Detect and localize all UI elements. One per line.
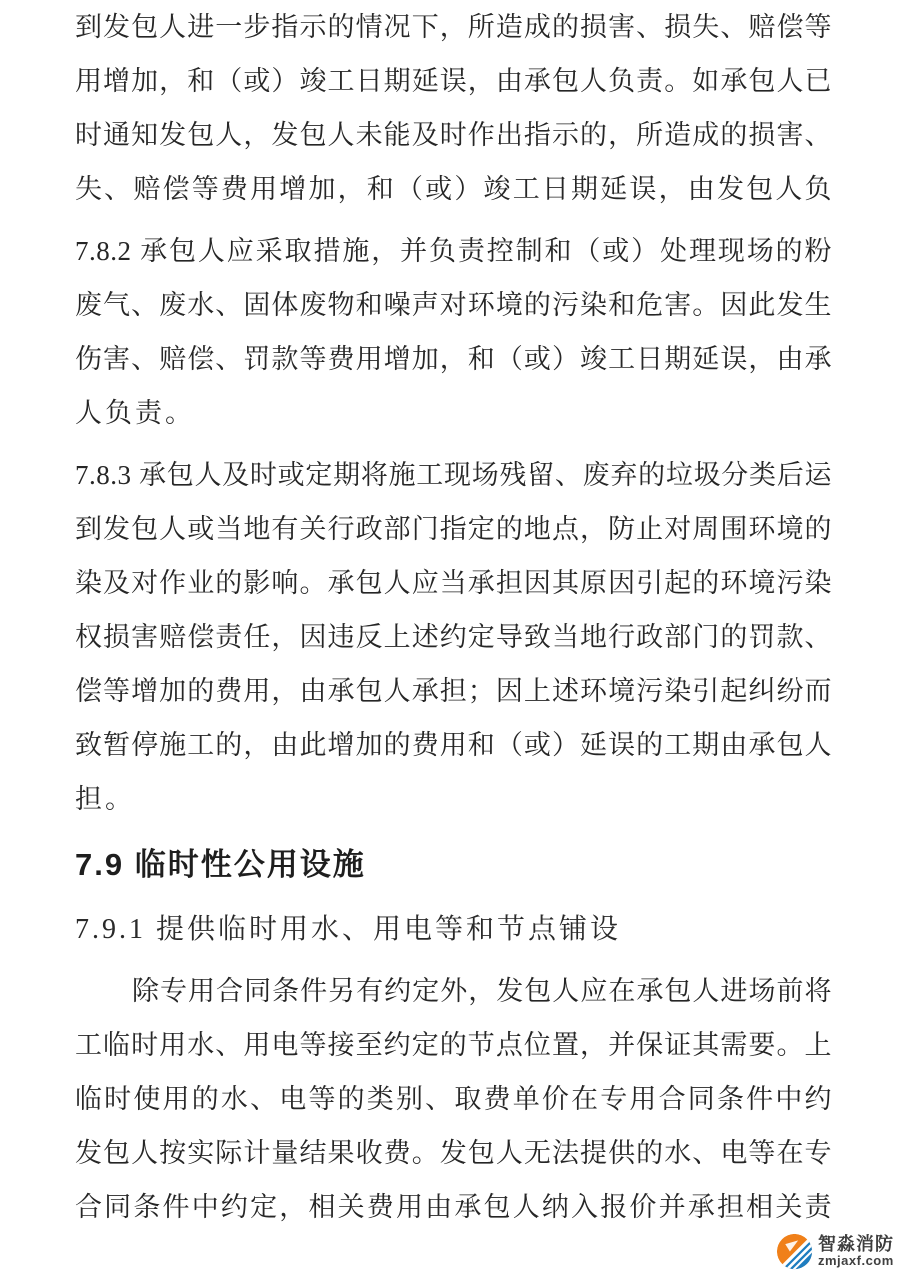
text-line: 除专用合同条件另有约定外，发包人应在承包人进场前将施 [75,964,832,1018]
text-line: 合同条件中约定，相关费用由承包人纳入报价并承担相关责任。 [75,1180,832,1234]
text-line: 致暂停施工的，由此增加的费用和（或）延误的工期由承包人承 [75,718,832,772]
text-line: 人负责。 [75,386,832,440]
flame-swoosh-logo-icon [776,1233,813,1270]
text-line: 用增加，和（或）竣工日期延误，由承包人负责。如承包人已及 [75,54,832,108]
text-line: 时通知发包人，发包人未能及时作出指示的，所造成的损害、损 [75,108,832,162]
text-line: 发包人按实际计量结果收费。发包人无法提供的水、电等在专用 [75,1126,832,1180]
text-line: 担。 [75,772,832,826]
watermark-text: 智淼消防 zmjaxf.com [818,1235,894,1268]
subsection-heading: 7.9.1 提供临时用水、用电等和节点铺设 [75,896,832,964]
text-line: 工临时用水、用电等接至约定的节点位置，并保证其需要。上述 [75,1018,832,1072]
document-page: { "page": { "background": "#ffffff", "te… [0,0,899,1274]
text-line: 7.8.2 承包人应采取措施，并负责控制和（或）处理现场的粉尘、 [75,224,832,278]
text-line: 临时使用的水、电等的类别、取费单价在专用合同条件中约定， [75,1072,832,1126]
paragraph: 到发包人进一步指示的情况下，所造成的损害、损失、赔偿等费用增加，和（或）竣工日期… [75,0,832,216]
text-line: 7.8.3 承包人及时或定期将施工现场残留、废弃的垃圾分类后运 [75,448,832,502]
text-line: 失、赔偿等费用增加，和（或）竣工日期延误，由发包人负责。 [75,162,832,216]
paragraph: 除专用合同条件另有约定外，发包人应在承包人进场前将施工临时用水、用电等接至约定的… [75,964,832,1234]
brand-name: 智淼消防 [818,1235,894,1254]
text-line: 到发包人或当地有关行政部门指定的地点，防止对周围环境的污 [75,502,832,556]
text-line: 伤害、赔偿、罚款等费用增加，和（或）竣工日期延误，由承包 [75,332,832,386]
paragraph: 7.8.2 承包人应采取措施，并负责控制和（或）处理现场的粉尘、废气、废水、固体… [75,224,832,440]
brand-domain: zmjaxf.com [818,1254,894,1268]
text-line: 染及对作业的影响。承包人应当承担因其原因引起的环境污染侵 [75,556,832,610]
text-line: 废气、废水、固体废物和噪声对环境的污染和危害。因此发生的 [75,278,832,332]
watermark-brand: 智淼消防 zmjaxf.com [776,1233,894,1270]
paragraph: 7.8.3 承包人及时或定期将施工现场残留、废弃的垃圾分类后运到发包人或当地有关… [75,448,832,826]
text-line: 权损害赔偿责任，因违反上述约定导致当地行政部门的罚款、赔 [75,610,832,664]
document-body: 到发包人进一步指示的情况下，所造成的损害、损失、赔偿等费用增加，和（或）竣工日期… [75,0,832,1242]
text-line: 偿等增加的费用，由承包人承担；因上述环境污染引起纠纷而导 [75,664,832,718]
section-heading: 7.9 临时性公用设施 [75,834,832,896]
text-line: 到发包人进一步指示的情况下，所造成的损害、损失、赔偿等费 [75,0,832,54]
